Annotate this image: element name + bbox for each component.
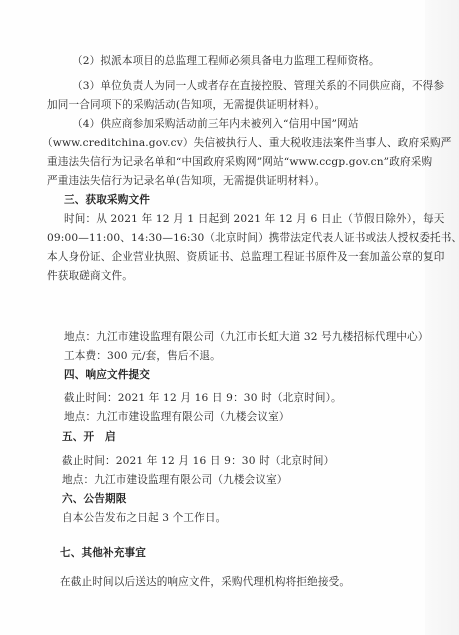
section-3-location: 地点：九江市建设监理有限公司（九江市长虹大道 32 号九楼招标代理中心） [64, 330, 429, 344]
section-4-location: 地点：九江市建设监理有限公司（九楼会议室） [64, 410, 290, 424]
requirement-2: （2）拟派本项目的总监理工程师必须具备电力监理工程师资格。 [72, 54, 380, 68]
section-3-time-3: 本人身份证、企业营业执照、资质证书、总监理工程证书原件及一套加盖公章的复印 [47, 250, 445, 264]
section-3-time-1: 时间：从 2021 年 12 月 1 日起到 2021 年 12 月 6 日止（… [64, 212, 444, 226]
section-7-heading: 七、其他补充事宜 [60, 546, 146, 560]
requirement-4: （4）供应商参加采购活动前三年内未被列入“信用中国”网站 [72, 117, 359, 131]
requirement-4-cont-1: （www.creditchina.gov.cv）失信被执行人、重大税收违法案件当… [42, 136, 451, 150]
requirement-4-cont-3: 严重违法失信行为记录名单(告知项，无需提供证明材料）。 [47, 174, 325, 188]
section-4-deadline: 截止时间：2021 年 12 月 16 日 9：30 时（北京时间）。 [64, 391, 342, 405]
requirement-4-cont-2: 重违法失信行为记录名单和“中国政府采购网”网站“www.ccgp.gov.cn”… [47, 155, 432, 169]
section-3-time-2: 09:00—11:00、14:30—16:30（北京时间）携带法定代表人证书或法… [47, 231, 459, 245]
requirement-3-cont: 加同一合同项下的采购活动(告知项，无需提供证明材料）。 [47, 98, 325, 112]
document-page: （2）拟派本项目的总监理工程师必须具备电力监理工程师资格。 （3）单位负责人为同… [0, 0, 459, 635]
section-5-heading: 五、开 启 [62, 430, 116, 444]
section-3-time-4: 件获取磋商文件。 [47, 269, 133, 283]
section-4-heading: 四、响应文件提交 [64, 368, 150, 382]
section-6-text: 自本公告发布之日起 3 个工作日。 [62, 511, 226, 525]
section-3-fee: 工本费：300 元/套，售后不退。 [64, 349, 221, 363]
section-6-heading: 六、公告期限 [62, 492, 126, 506]
section-7-text: 在截止时间以后送达的响应文件，采购代理机构将拒绝接受。 [60, 575, 350, 589]
section-3-heading: 三、获取采购文件 [64, 193, 150, 207]
section-5-location: 地点：九江市建设监理有限公司（九楼会议室） [62, 473, 288, 487]
requirement-3: （3）单位负责人为同一人或者存在直接控股、管理关系的不同供应商，不得参 [72, 79, 444, 93]
page-edge-shadow [425, 0, 459, 635]
section-5-deadline: 截止时间：2021 年 12 月 16 日 9：30 时（北京时间） [62, 454, 334, 468]
